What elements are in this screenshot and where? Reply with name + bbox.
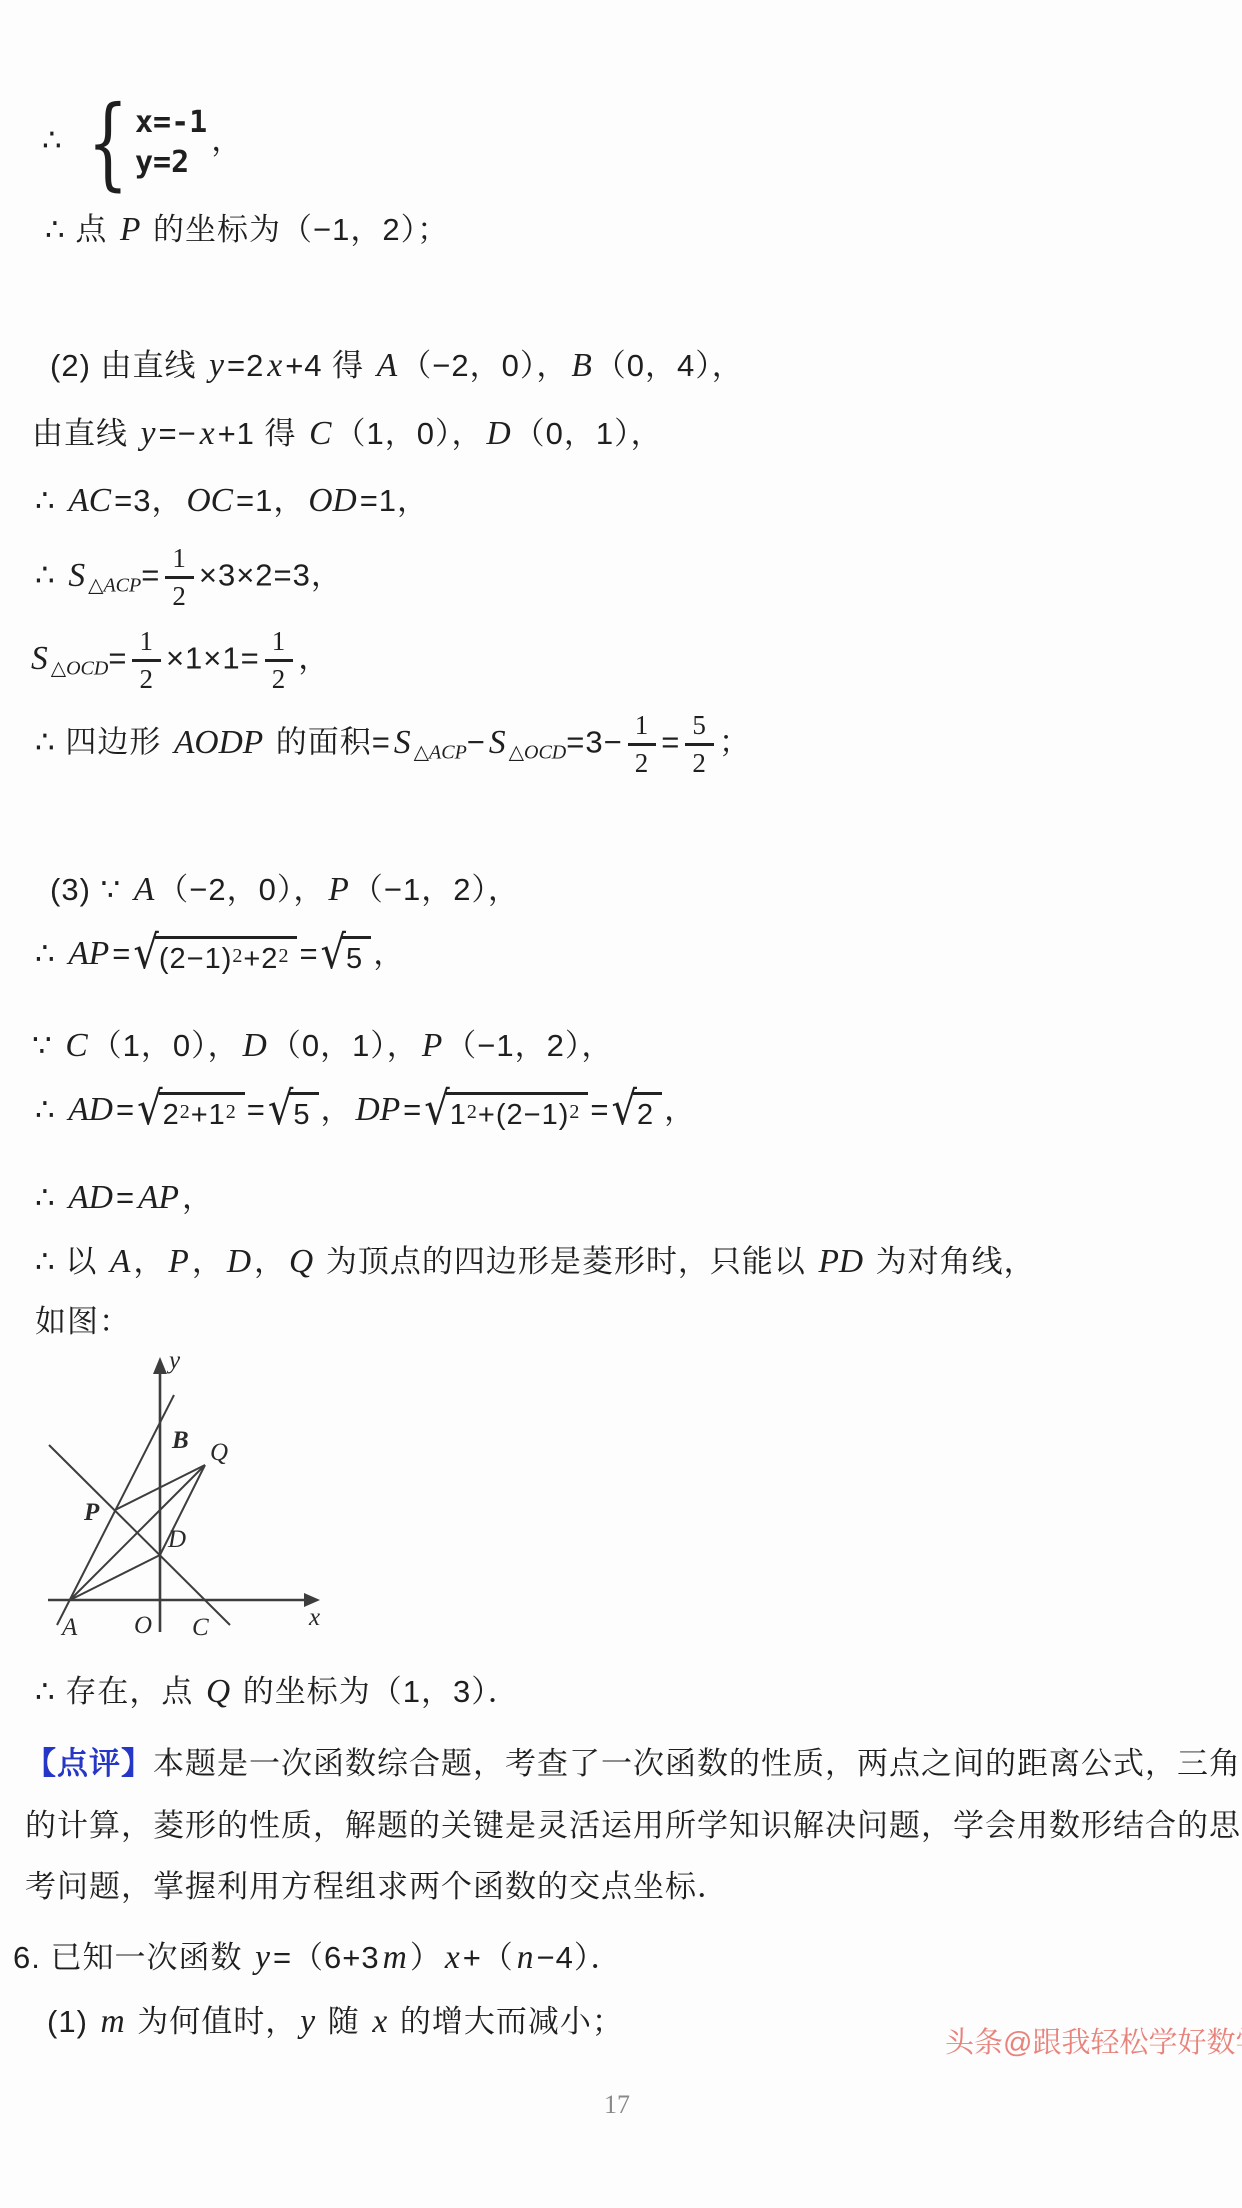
solution-system: ∴ {x=-1y=2，: [42, 100, 243, 185]
math-text: =: [590, 1092, 609, 1127]
segment-ad: [70, 1555, 160, 1600]
math-text: ，: [664, 1092, 696, 1127]
sqrt-expression: √(2−1)2+22: [133, 936, 297, 976]
fraction: 12: [132, 628, 161, 693]
fraction: 12: [628, 712, 657, 777]
superscript: 2: [180, 1101, 191, 1123]
math-text: 由直线: [32, 416, 138, 451]
math-text: AP: [65, 935, 112, 972]
math-text: x: [264, 347, 285, 384]
math-text: ∴ 四边形: [35, 725, 171, 760]
math-text: （1，0），: [334, 416, 483, 451]
figure-label-c: C: [192, 1614, 209, 1641]
part3-given-cdp: ∵ C（1，0），D（0，1），P（−1，2），: [32, 1022, 613, 1070]
math-text: y: [297, 2003, 318, 2040]
math-text: x: [442, 1939, 463, 1976]
math-text: 本题是一次函数综合题，考查了一次函数的性质，两点之间的距离公式，三角形面积: [153, 1746, 1242, 1781]
page-number: 17: [604, 2090, 630, 2120]
math-text: x: [369, 2003, 390, 2040]
math-text: 的坐标为（−1，2）；: [143, 212, 449, 247]
figure-label-a: A: [60, 1614, 78, 1641]
math-text: A: [107, 1243, 133, 1280]
math-text: =: [661, 725, 680, 760]
math-text: y: [138, 415, 159, 452]
math-text: y: [206, 347, 227, 384]
math-text: (2−1): [159, 943, 233, 975]
math-text: (1): [47, 2004, 98, 2039]
math-text: 的面积=: [266, 725, 391, 760]
math-text: P: [419, 1027, 445, 1064]
math-text: AP: [135, 1179, 182, 1216]
math-text: B: [568, 347, 594, 384]
math-text: ，: [373, 936, 405, 971]
math-text: ∴: [42, 123, 72, 158]
math-text: 为对角线，: [866, 1244, 1036, 1279]
sqrt-expression: √5: [268, 1092, 319, 1132]
comment-tag: 【点评】: [25, 1746, 153, 1781]
length-ad-dp: ∴ AD=√22+12=√5，DP=√12+(2−1)2=√2，: [35, 1086, 696, 1134]
math-text: =: [108, 641, 127, 676]
math-text: 2: [163, 1099, 180, 1131]
math-text: =: [403, 1092, 422, 1127]
subscript: △ACP: [88, 575, 141, 597]
part2-line-ab: (2) 由直线 y=2x+4 得 A（−2，0），B（0，4），: [50, 342, 744, 390]
math-text: （0，4），: [595, 348, 744, 383]
area-acp: ∴ S△ACP=12×3×2=3，: [35, 545, 343, 610]
area-ocd: S△OCD=12×1×1=12，: [28, 628, 330, 693]
math-text: 6. 已知一次函数: [13, 1940, 252, 1975]
comment-line-2: 的计算，菱形的性质，解题的关键是灵活运用所学知识解决问题，学会用数形结合的思想思: [25, 1802, 1242, 1850]
math-text: （−2，0），: [400, 348, 568, 383]
sqrt-expression: √22+12: [137, 1092, 245, 1132]
math-text: A: [131, 871, 157, 908]
system-equation-row: x=-1: [135, 107, 207, 139]
math-text: P: [325, 871, 351, 908]
math-text: ∴: [35, 1092, 65, 1127]
watermark: 头条@跟我轻松学好数学: [945, 2020, 1242, 2061]
subscript: △OCD: [51, 658, 109, 680]
rhombus-conclusion: ∴ 以 A，P，D，Q 为顶点的四边形是菱形时，只能以 PD 为对角线，: [35, 1238, 1036, 1286]
q-exists: ∴ 存在，点 Q 的坐标为（1，3）．: [35, 1668, 520, 1716]
math-text: D: [224, 1243, 254, 1280]
math-text: =1，: [360, 483, 429, 518]
superscript: 2: [278, 945, 289, 967]
math-text: ∴ 以: [35, 1244, 107, 1279]
part2-line-cd: 由直线 y=−x+1 得 C（1，0），D（0，1），: [32, 410, 663, 458]
math-text: ×1×1=: [166, 641, 260, 676]
math-text: （−1，2），: [445, 1028, 613, 1063]
math-text: +（: [463, 1940, 514, 1975]
math-text: 如图：: [35, 1304, 131, 1339]
math-text: +1: [191, 1099, 226, 1131]
math-text: −4）．: [537, 1940, 623, 1975]
superscript: 2: [569, 1101, 580, 1123]
math-text: AD: [65, 1179, 116, 1216]
math-text: （−2，0），: [157, 872, 325, 907]
figure-label-d: D: [167, 1526, 186, 1553]
math-text: ×3×2=3，: [199, 558, 343, 593]
math-text: ∵: [32, 1028, 62, 1063]
math-text: AD: [65, 1091, 116, 1128]
math-text: =3，: [114, 483, 183, 518]
math-text: 为顶点的四边形是菱形时，只能以: [316, 1244, 815, 1279]
system-equation-row: y=2: [135, 147, 207, 179]
math-text: =: [116, 1180, 135, 1215]
math-text: =2: [227, 348, 264, 383]
math-text: +2: [243, 943, 278, 975]
math-text: =: [112, 936, 131, 971]
math-text: A: [374, 347, 400, 384]
superscript: 2: [226, 1101, 237, 1123]
math-text: =: [141, 558, 160, 593]
math-text: (3) ∵: [50, 872, 131, 907]
math-text: （1，0），: [91, 1028, 240, 1063]
math-text: C: [306, 415, 334, 452]
length-ap: ∴ AP=√(2−1)2+22=√5，: [35, 930, 405, 978]
fraction: 52: [685, 712, 714, 777]
math-text: =: [247, 1092, 266, 1127]
math-text: x: [197, 415, 218, 452]
math-text: =: [299, 936, 318, 971]
subscript: △ACP: [414, 742, 467, 764]
math-text: P: [165, 1243, 191, 1280]
math-text: 的计算，菱形的性质，解题的关键是灵活运用所学知识解决问题，学会用数形结合的思想思: [25, 1808, 1242, 1843]
math-text: ∴: [35, 936, 65, 971]
fraction: 12: [265, 628, 294, 693]
math-text: =（6+3: [273, 1940, 380, 1975]
superscript: 2: [232, 945, 243, 967]
math-text: DP: [353, 1091, 404, 1128]
comment-line-3: 考问题，掌握利用方程组求两个函数的交点坐标．: [25, 1863, 729, 1911]
part2-lengths: ∴ AC=3，OC=1，OD=1，: [35, 477, 429, 525]
math-text: S: [486, 724, 509, 761]
math-text: ∴ 存在，点: [35, 1674, 203, 1709]
math-text: ，: [133, 1244, 165, 1279]
coordinate-figure: y x B Q P D A O C: [42, 1338, 332, 1660]
math-text: Q: [286, 1243, 316, 1280]
problem-6: 6. 已知一次函数 y=（6+3m）x+（n−4）．: [13, 1934, 622, 1982]
math-text: AC: [65, 482, 114, 519]
sqrt-expression: √2: [611, 1092, 662, 1132]
math-text: ，: [182, 1180, 214, 1215]
math-text: D: [240, 1027, 270, 1064]
math-text: AODP: [171, 724, 266, 761]
math-text: PD: [815, 1243, 866, 1280]
math-text: （0，1），: [514, 416, 663, 451]
figure-label-b: B: [171, 1427, 189, 1454]
math-text: =−: [158, 416, 196, 451]
math-text: （−1，2），: [352, 872, 520, 907]
point-p-coordinates: ∴ 点 P 的坐标为（−1，2）；: [45, 206, 449, 254]
math-text: y: [252, 1939, 273, 1976]
math-text: m: [98, 2003, 128, 2040]
math-text: =3−: [566, 725, 622, 760]
equation-system: {x=-1y=2: [76, 100, 207, 185]
figure-label-p: P: [83, 1499, 100, 1526]
math-text: C: [62, 1027, 90, 1064]
figure-label-o: O: [134, 1612, 152, 1639]
math-text: +4 得: [285, 348, 374, 383]
sqrt-expression: √5: [321, 936, 372, 976]
ad-equals-ap: ∴ AD=AP，: [35, 1174, 214, 1222]
math-text: +1 得: [218, 416, 307, 451]
figure-label-y: y: [166, 1347, 181, 1374]
math-text: ∴: [35, 483, 65, 518]
math-text: +(2−1): [478, 1099, 569, 1131]
math-text: n: [514, 1939, 537, 1976]
math-text: ，: [254, 1244, 286, 1279]
math-text: S: [28, 640, 51, 677]
subscript: △OCD: [509, 742, 567, 764]
document-page: ∴ {x=-1y=2，∴ 点 P 的坐标为（−1，2）；(2) 由直线 y=2x…: [0, 0, 1242, 2208]
math-text: D: [483, 415, 513, 452]
figure-label-x: x: [308, 1604, 320, 1631]
math-text: 1: [450, 1099, 467, 1131]
math-text: ，: [211, 123, 243, 158]
problem-6-part1: (1) m 为何值时，y 随 x 的增大而减小；: [47, 1998, 624, 2046]
math-text: S: [65, 557, 88, 594]
math-text: ，: [192, 1244, 224, 1279]
sqrt-expression: √12+(2−1)2: [424, 1092, 588, 1132]
math-text: ∴ 点: [45, 212, 117, 247]
math-text: 为何值时，: [128, 2004, 298, 2039]
math-text: ∴: [35, 1180, 65, 1215]
math-text: 2: [637, 1099, 654, 1131]
math-text: 5: [293, 1099, 310, 1131]
area-quadrilateral: ∴ 四边形 AODP 的面积=S△ACP−S△OCD=3−12=52；: [35, 712, 751, 777]
math-text: P: [117, 211, 143, 248]
fraction: 12: [165, 545, 194, 610]
math-text: （0，1），: [270, 1028, 419, 1063]
math-text: Q: [203, 1673, 233, 1710]
math-text: ；: [719, 725, 751, 760]
math-text: ∴: [35, 558, 65, 593]
math-text: 的坐标为（1，3）．: [233, 1674, 520, 1709]
math-text: =: [116, 1092, 135, 1127]
math-text: 的增大而减小；: [390, 2004, 624, 2039]
superscript: 2: [467, 1101, 478, 1123]
math-text: 5: [346, 943, 363, 975]
math-text: OC: [183, 482, 236, 519]
math-text: ）: [410, 1940, 442, 1975]
math-text: S: [391, 724, 414, 761]
math-text: −: [467, 725, 486, 760]
math-text: ，: [321, 1092, 353, 1127]
math-text: 考问题，掌握利用方程组求两个函数的交点坐标．: [25, 1869, 729, 1904]
math-text: m: [380, 1939, 410, 1976]
math-text: =1，: [236, 483, 305, 518]
y-axis-arrow: [153, 1357, 167, 1374]
comment-line-1: 【点评】本题是一次函数综合题，考查了一次函数的性质，两点之间的距离公式，三角形面…: [25, 1740, 1242, 1788]
math-text: ，: [298, 641, 330, 676]
math-text: 随: [318, 2004, 369, 2039]
figure-label-q: Q: [210, 1439, 228, 1466]
math-text: OD: [305, 482, 359, 519]
part3-given-ap: (3) ∵ A（−2，0），P（−1，2），: [50, 866, 520, 914]
math-text: (2) 由直线: [50, 348, 206, 383]
